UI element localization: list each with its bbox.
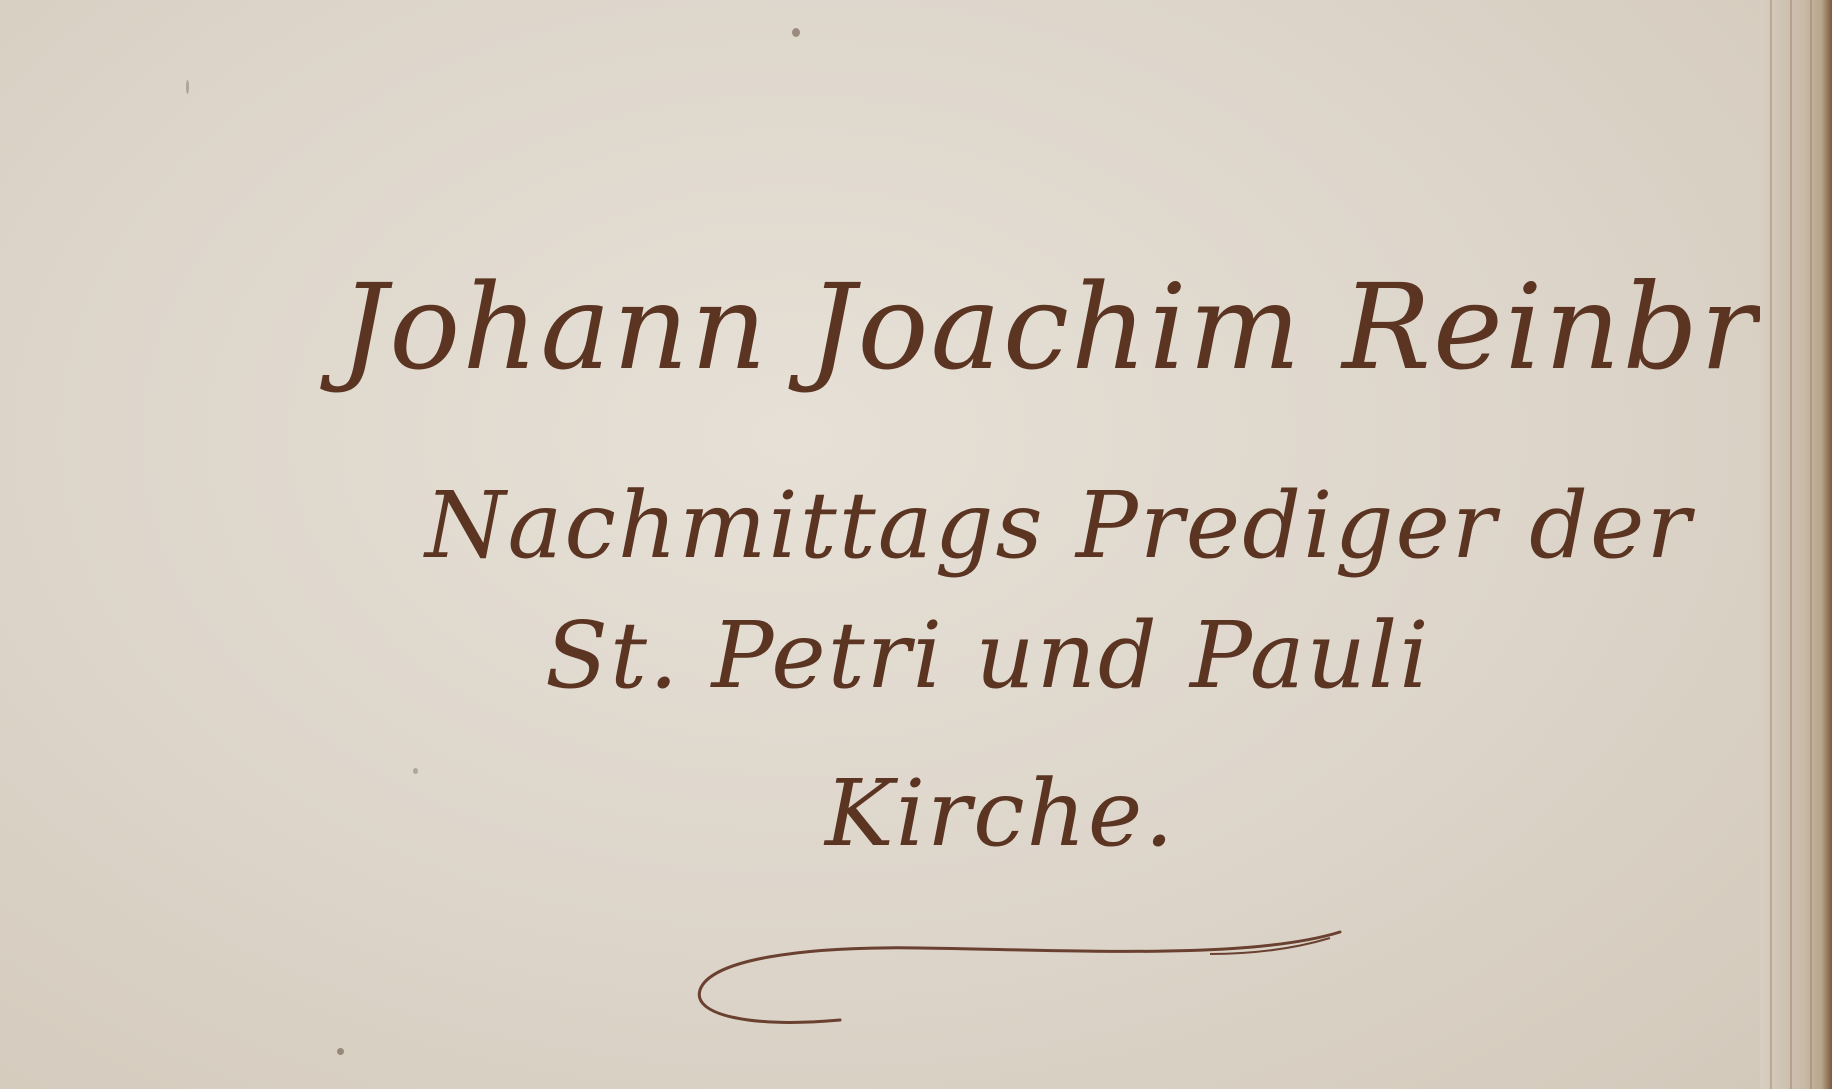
manuscript-page: Johann Joachim Reinbrück Nachmittags Pre…	[0, 0, 1760, 1089]
page-edge-binding	[1760, 0, 1832, 1089]
ink-speck	[337, 1048, 344, 1055]
handwritten-church-line: St. Petri und Pauli	[545, 602, 1431, 709]
ink-speck	[186, 80, 189, 94]
flourish-underline-icon	[690, 920, 1350, 1040]
handwritten-name-line: Johann Joachim Reinbrück	[340, 258, 1832, 396]
ink-speck	[413, 768, 418, 774]
handwritten-church-line-end: Kirche.	[825, 760, 1176, 867]
handwritten-title-line: Nachmittags Prediger der	[425, 472, 1692, 579]
ink-speck	[792, 28, 800, 37]
